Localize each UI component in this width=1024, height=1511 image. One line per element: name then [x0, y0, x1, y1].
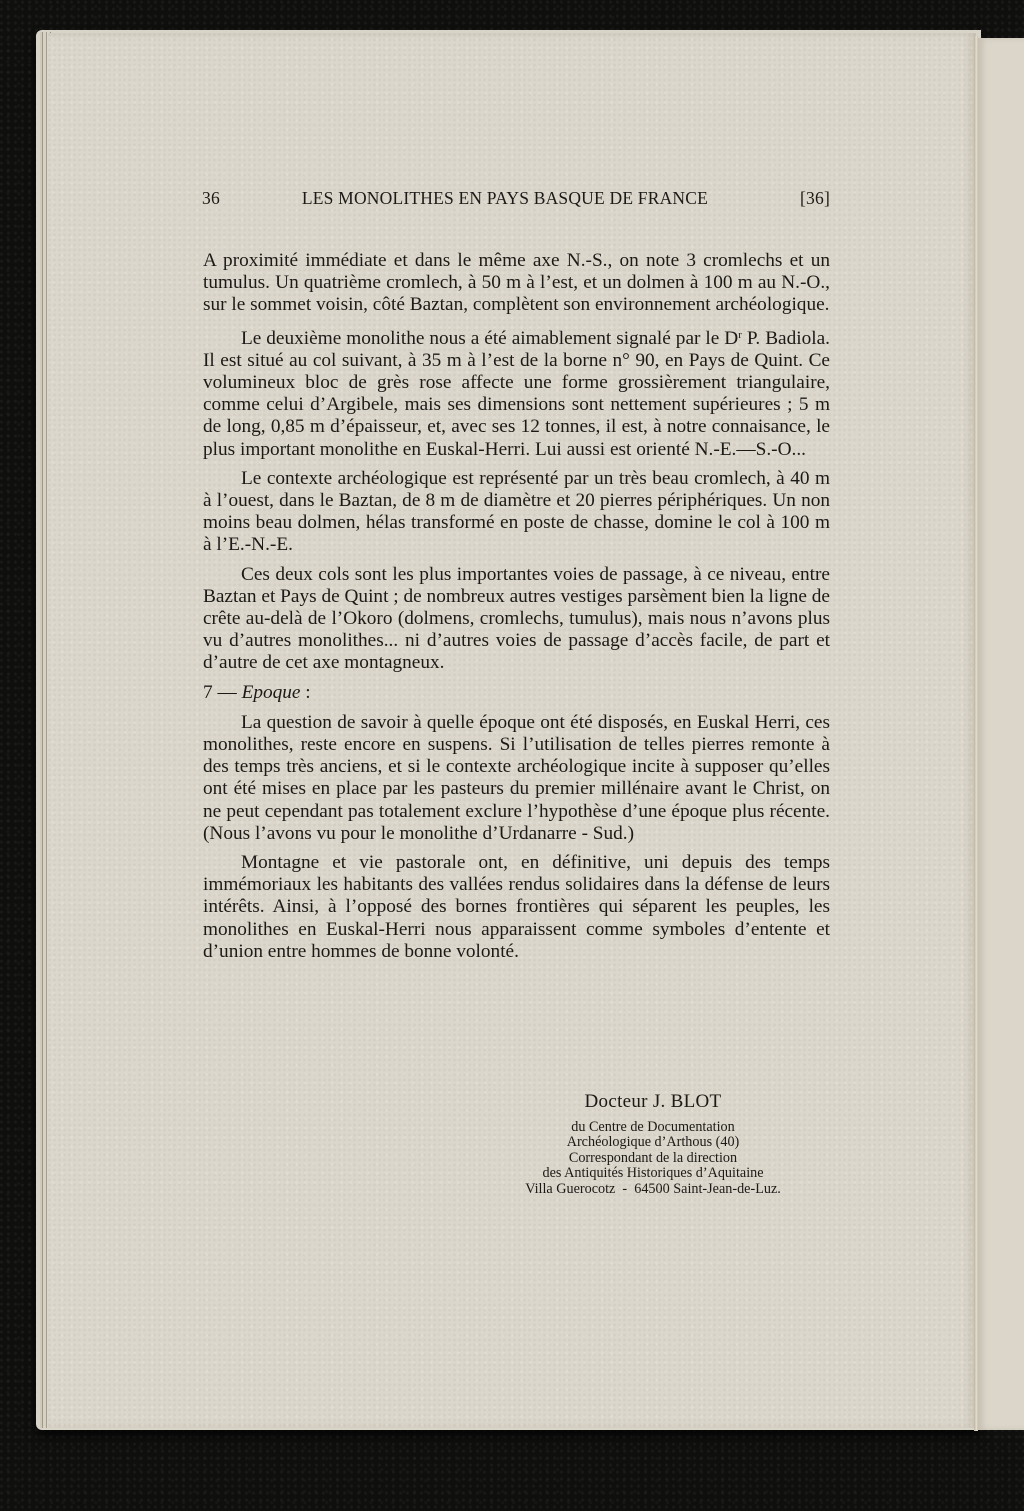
- affiliation-line: du Centre de Documentation: [488, 1120, 818, 1135]
- facing-page-edge: [977, 38, 1024, 1430]
- paragraph-2: Le deuxième monolithe nous a été aimable…: [203, 324, 830, 461]
- section-number: 7 —: [203, 682, 242, 703]
- author-name: Docteur J. BLOT: [488, 1090, 818, 1114]
- paragraph-1: A proximité immédiate et dans le même ax…: [203, 250, 830, 317]
- paragraph-4: Ces deux cols sont les plus importantes …: [203, 564, 830, 675]
- section-heading: 7 — Epoque :: [203, 682, 830, 704]
- paragraph-3: Le contexte archéologique est représenté…: [203, 468, 830, 557]
- section-title: Epoque: [242, 682, 301, 703]
- paragraph-2-lead: Le deuxième monolithe nous a été aimable…: [241, 328, 724, 349]
- running-head: 36 LES MONOLITHES EN PAYS BASQUE DE FRAN…: [202, 188, 830, 216]
- affiliation-line: Correspondant de la direction: [488, 1151, 818, 1166]
- doctor-abbrev: D: [724, 328, 738, 349]
- affiliation-line: Villa Guerocotz - 64500 Saint-Jean-de-Lu…: [488, 1182, 818, 1197]
- section-suffix: :: [300, 682, 310, 703]
- paragraph-5: La question de savoir à quelle époque on…: [203, 712, 830, 845]
- paragraph-6: Montagne et vie pastorale ont, en défini…: [203, 852, 830, 963]
- affiliation-line: des Antiquités Historiques d’Aquitaine: [488, 1166, 818, 1181]
- author-signature: Docteur J. BLOT du Centre de Documentati…: [488, 1090, 818, 1197]
- running-title: LES MONOLITHES EN PAYS BASQUE DE FRANCE: [220, 188, 800, 209]
- affiliation-line: Archéologique d’Arthous (40): [488, 1135, 818, 1150]
- page-number-bracketed: [36]: [800, 188, 830, 209]
- page-number: 36: [202, 188, 220, 209]
- page-content: 36 LES MONOLITHES EN PAYS BASQUE DE FRAN…: [203, 188, 830, 970]
- book-spine: [974, 36, 978, 1431]
